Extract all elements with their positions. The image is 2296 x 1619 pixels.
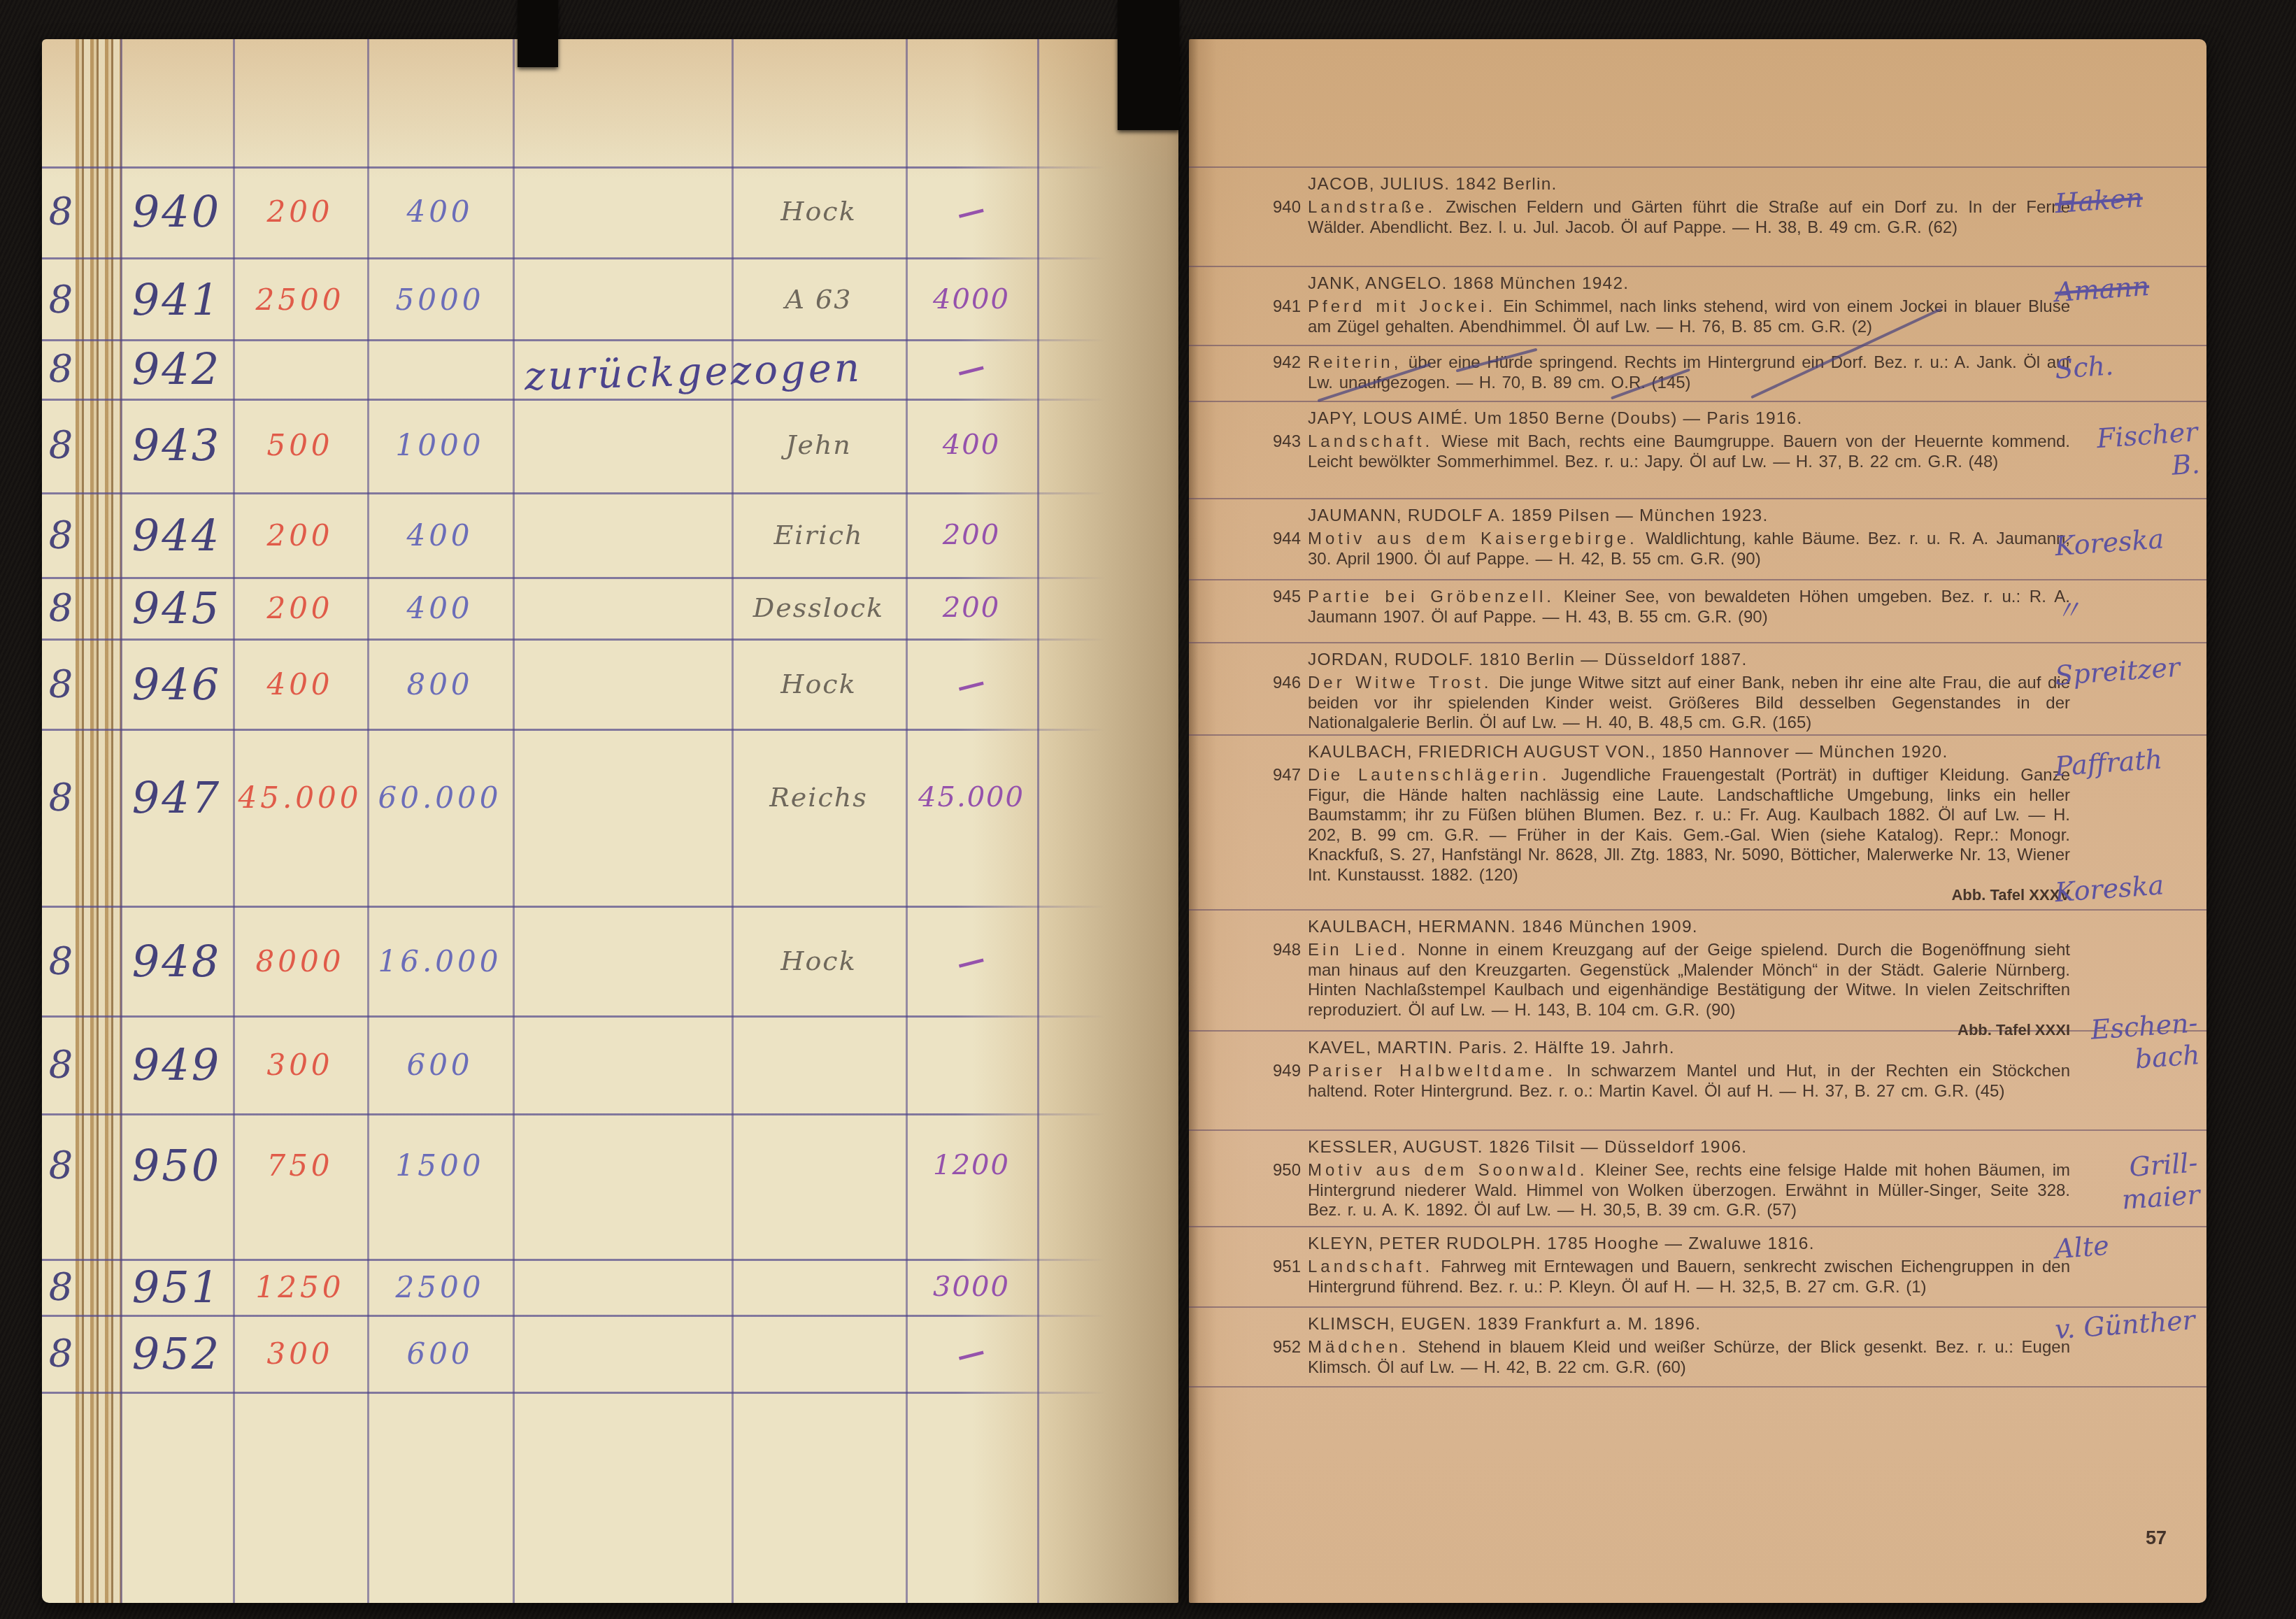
result-dash: — — [953, 192, 990, 231]
entry-description: 945Partie bei Gröbenzell. Kleiner See, v… — [1308, 587, 2070, 627]
row-estimate-price: 1500 — [367, 1148, 513, 1183]
entry-lot-number: 940 — [1267, 198, 1301, 218]
row-margin-digit: 8 — [45, 1043, 77, 1087]
entry-lot-number: 944 — [1267, 529, 1301, 550]
withdrawn-note: zurückgezogen — [524, 345, 863, 400]
entry-description: 946Der Witwe Trost. Die junge Witwe sitz… — [1308, 673, 2070, 734]
row-buyer-name: Hock — [732, 196, 906, 227]
result-dash: — — [953, 664, 990, 704]
entry-description: 942Reiterin, über eine Hürde springend. … — [1308, 353, 2070, 393]
entry-title: Reiterin, — [1308, 353, 1402, 372]
ledger-rule-horizontal — [42, 339, 1105, 341]
entry-description: 943Landschaft. Wiese mit Bach, rechts ei… — [1308, 432, 2070, 472]
row-lot-number: 947 — [120, 772, 233, 823]
artist-name: JORDAN, RUDOLF. 1810 Berlin — Düsseldorf… — [1308, 650, 2070, 670]
row-result-price: — — [906, 352, 1037, 385]
entry-lot-number: 942 — [1267, 353, 1301, 373]
ledger-rule-horizontal — [42, 577, 1105, 579]
ledger-rule-horizontal — [42, 492, 1105, 494]
ledger-rule-horizontal — [42, 639, 1105, 641]
ledger-rule-horizontal — [42, 1113, 1105, 1115]
entry-lot-number: 950 — [1267, 1161, 1301, 1181]
entry-description: 944Motiv aus dem Kaisergebirge. Waldlich… — [1308, 529, 2070, 569]
entry-separator-line — [1189, 166, 2206, 168]
margin-annotation: Eschen- bach — [2053, 1006, 2208, 1081]
artist-name: KAULBACH, HERMANN. 1846 München 1909. — [1308, 918, 2070, 937]
entry-title: Der Witwe Trost. — [1308, 673, 1492, 692]
entry-title: Mädchen. — [1308, 1338, 1409, 1357]
row-result-price: 45.000 — [906, 781, 1037, 813]
entry-title: Pariser Halbweltdame. — [1308, 1062, 1556, 1080]
row-limit-price: 2500 — [233, 283, 367, 317]
row-result-price: 400 — [906, 429, 1037, 461]
row-estimate-price: 16.000 — [367, 944, 513, 978]
entry-body: über eine Hürde springend. Rechts im Hin… — [1308, 353, 2070, 392]
row-margin-digit: 8 — [45, 190, 77, 234]
artist-name: JAPY, LOUS AIMÉ. Um 1850 Berne (Doubs) —… — [1308, 409, 2070, 429]
ledger-rule-horizontal — [42, 399, 1105, 401]
entry-lot-number: 951 — [1267, 1257, 1301, 1278]
entry-lot-number: 946 — [1267, 673, 1301, 694]
row-margin-digit: 8 — [45, 939, 77, 983]
row-margin-digit: 8 — [45, 586, 77, 630]
entry-title: Landschaft. — [1308, 1257, 1433, 1276]
margin-annotation: Koreska — [2054, 866, 2200, 908]
row-lot-number: 946 — [120, 659, 233, 710]
result-dash: — — [953, 941, 990, 980]
entry-separator-line — [1189, 909, 2206, 911]
entry-title: Landschaft. — [1308, 432, 1433, 451]
row-lot-number: 945 — [120, 583, 233, 634]
row-limit-price: 1250 — [233, 1270, 367, 1304]
entry-title: Die Lautenschlägerin. — [1308, 766, 1550, 785]
catalog-entry: JORDAN, RUDOLF. 1810 Berlin — Düsseldorf… — [1308, 650, 2070, 734]
catalog-entry: JAUMANN, RUDOLF A. 1859 Pilsen — München… — [1308, 506, 2070, 569]
row-estimate-price: 400 — [367, 518, 513, 552]
row-buyer-name: Eirich — [732, 520, 906, 550]
catalog-entry: 945Partie bei Gröbenzell. Kleiner See, v… — [1308, 587, 2070, 627]
row-lot-number: 943 — [120, 420, 233, 471]
artist-name: JACOB, JULIUS. 1842 Berlin. — [1308, 175, 2070, 194]
row-estimate-price: 5000 — [367, 283, 513, 317]
artist-name: JAUMANN, RUDOLF A. 1859 Pilsen — München… — [1308, 506, 2070, 526]
entry-separator-line — [1189, 1386, 2206, 1388]
row-lot-number: 944 — [120, 510, 233, 561]
entry-separator-line — [1189, 579, 2206, 580]
entry-description: 952Mädchen. Stehend in blauem Kleid und … — [1308, 1338, 2070, 1378]
entry-lot-number: 943 — [1267, 432, 1301, 452]
plate-reference: Abb. Tafel XXXV — [1308, 886, 2070, 904]
entry-lot-number: 941 — [1267, 297, 1301, 318]
entry-title: Ein Lied. — [1308, 941, 1409, 960]
row-result-price: 200 — [906, 592, 1037, 624]
row-estimate-price: 2500 — [367, 1270, 513, 1304]
page-edge-stack — [76, 39, 122, 1603]
ledger-rule-vertical — [513, 39, 515, 1603]
catalog-page: 57 JACOB, JULIUS. 1842 Berlin.940Landstr… — [1189, 39, 2206, 1603]
entry-title: Motiv aus dem Soonwald. — [1308, 1161, 1588, 1180]
entry-description: 947Die Lautenschlägerin. Jugendliche Fra… — [1308, 766, 2070, 885]
row-limit-price: 200 — [233, 518, 367, 552]
row-estimate-price: 1000 — [367, 428, 513, 462]
ledger-rule-horizontal — [42, 729, 1105, 731]
row-limit-price: 300 — [233, 1336, 367, 1371]
ledger-rule-horizontal — [42, 1315, 1105, 1317]
row-limit-price: 500 — [233, 428, 367, 462]
artist-name: KESSLER, AUGUST. 1826 Tilsit — Düsseldor… — [1308, 1138, 2070, 1157]
margin-annotation: Sch. — [2054, 343, 2200, 385]
row-margin-digit: 8 — [45, 1332, 77, 1376]
row-lot-number: 951 — [120, 1262, 233, 1313]
row-limit-price: 45.000 — [233, 780, 367, 815]
row-estimate-price: 600 — [367, 1336, 513, 1371]
margin-annotation: Fischer B. — [2053, 415, 2208, 490]
entry-title: Motiv aus dem Kaisergebirge. — [1308, 529, 1638, 548]
row-estimate-price: 400 — [367, 194, 513, 229]
row-margin-digit: 8 — [45, 278, 77, 322]
ledger-rule-vertical — [1037, 39, 1039, 1603]
entry-description: 941Pferd mit Jockei. Ein Schimmel, nach … — [1308, 297, 2070, 337]
margin-annotation: Amann — [2054, 266, 2200, 308]
entry-separator-line — [1189, 1226, 2206, 1227]
ledger-rule-horizontal — [42, 1015, 1105, 1018]
artist-name: JANK, ANGELO. 1868 München 1942. — [1308, 274, 2070, 294]
row-margin-digit: 8 — [45, 513, 77, 557]
catalog-entry: KAULBACH, HERMANN. 1846 München 1909.948… — [1308, 918, 2070, 1039]
entry-title: Pferd mit Jockei. — [1308, 297, 1496, 316]
margin-annotation: 〃 — [2054, 585, 2200, 627]
ledger-rule-horizontal — [42, 1392, 1105, 1394]
row-buyer-name: Reichs — [732, 782, 906, 813]
entry-title: Landstraße. — [1308, 198, 1436, 217]
row-limit-price: 8000 — [233, 944, 367, 978]
row-margin-digit: 8 — [45, 1143, 77, 1187]
margin-annotation: Alte — [2054, 1223, 2200, 1265]
row-lot-number: 940 — [120, 186, 233, 237]
entry-description: 949Pariser Halbweltdame. In schwarzem Ma… — [1308, 1062, 2070, 1101]
result-dash: — — [953, 349, 990, 388]
row-result-price: — — [906, 195, 1037, 228]
entry-separator-line — [1189, 345, 2206, 346]
entry-description: 948Ein Lied. Nonne in einem Kreuzgang au… — [1308, 941, 2070, 1020]
row-lot-number: 950 — [120, 1140, 233, 1191]
catalog-entry: KESSLER, AUGUST. 1826 Tilsit — Düsseldor… — [1308, 1138, 2070, 1221]
row-margin-digit: 8 — [45, 1265, 77, 1309]
row-limit-price: 200 — [233, 591, 367, 625]
catalog-entry: KLEYN, PETER RUDOLPH. 1785 Hooghe — Zwal… — [1308, 1234, 2070, 1297]
entry-description: 940Landstraße. Zwischen Feldern und Gärt… — [1308, 198, 2070, 238]
plate-reference: Abb. Tafel XXXI — [1308, 1021, 2070, 1039]
page-number: 57 — [2146, 1527, 2167, 1549]
row-lot-number: 942 — [120, 343, 233, 394]
entry-separator-line — [1189, 1306, 2206, 1308]
entry-title: Partie bei Gröbenzell. — [1308, 587, 1555, 606]
row-estimate-price: 400 — [367, 591, 513, 625]
row-margin-digit: 8 — [45, 662, 77, 706]
entry-separator-line — [1189, 642, 2206, 643]
row-limit-price: 200 — [233, 194, 367, 229]
row-result-price: 1200 — [906, 1149, 1037, 1181]
ledger-rule-horizontal — [42, 166, 1105, 169]
artist-name: KLIMSCH, EUGEN. 1839 Frankfurt a. M. 189… — [1308, 1315, 2070, 1334]
row-buyer-name: Hock — [732, 669, 906, 699]
row-lot-number: 948 — [120, 936, 233, 987]
row-result-price: 200 — [906, 519, 1037, 551]
entry-separator-line — [1189, 734, 2206, 736]
row-limit-price: 750 — [233, 1148, 367, 1183]
row-estimate-price: 600 — [367, 1048, 513, 1082]
row-limit-price: 300 — [233, 1048, 367, 1082]
row-result-price: — — [906, 945, 1037, 978]
entry-lot-number: 947 — [1267, 766, 1301, 786]
row-buyer-name: A 63 — [732, 284, 906, 315]
entry-separator-line — [1189, 1129, 2206, 1131]
row-lot-number: 949 — [120, 1039, 233, 1090]
row-margin-digit: 8 — [45, 347, 77, 391]
catalog-entry: JANK, ANGELO. 1868 München 1942.941Pferd… — [1308, 274, 2070, 337]
row-result-price: 4000 — [906, 283, 1037, 315]
ledger-rule-vertical — [732, 39, 734, 1603]
catalog-entry: KAVEL, MARTIN. Paris. 2. Hälfte 19. Jahr… — [1308, 1039, 2070, 1101]
row-buyer-name: Desslock — [732, 592, 906, 623]
catalog-entry: KAULBACH, FRIEDRICH AUGUST VON., 1850 Ha… — [1308, 743, 2070, 904]
entry-separator-line — [1189, 498, 2206, 499]
row-result-price: — — [906, 1337, 1037, 1370]
result-dash: — — [953, 1334, 990, 1373]
entry-description: 951Landschaft. Fahrweg mit Erntewagen un… — [1308, 1257, 2070, 1297]
margin-annotation: Spreitzer — [2054, 650, 2200, 692]
entry-lot-number: 945 — [1267, 587, 1301, 608]
row-limit-price: 400 — [233, 667, 367, 701]
catalog-entry: JACOB, JULIUS. 1842 Berlin.940Landstraße… — [1308, 175, 2070, 238]
auction-ledger-book: 8940200400Hock—894125005000A 6340008942—… — [0, 0, 2296, 1619]
margin-annotation: Haken — [2054, 178, 2200, 220]
margin-annotation: Grill- maier — [2053, 1146, 2208, 1221]
row-buyer-name: Hock — [732, 946, 906, 976]
entry-separator-line — [1189, 266, 2206, 267]
ledger-rule-horizontal — [42, 906, 1105, 908]
artist-name: KAULBACH, FRIEDRICH AUGUST VON., 1850 Ha… — [1308, 743, 2070, 762]
catalog-entry: KLIMSCH, EUGEN. 1839 Frankfurt a. M. 189… — [1308, 1315, 2070, 1378]
entry-separator-line — [1189, 401, 2206, 402]
entry-lot-number: 952 — [1267, 1338, 1301, 1358]
catalog-entry: 942Reiterin, über eine Hürde springend. … — [1308, 353, 2070, 393]
margin-annotation: Paffrath — [2054, 741, 2200, 783]
bookmark-ribbon-spine — [1118, 0, 1179, 130]
bookmark-ribbon-left — [518, 0, 558, 67]
row-lot-number: 941 — [120, 274, 233, 325]
entry-lot-number: 948 — [1267, 941, 1301, 961]
entry-lot-number: 949 — [1267, 1062, 1301, 1082]
row-lot-number: 952 — [120, 1328, 233, 1379]
row-margin-digit: 8 — [45, 776, 77, 820]
row-estimate-price: 60.000 — [367, 780, 513, 815]
ledger-page: 8940200400Hock—894125005000A 6340008942—… — [42, 39, 1178, 1603]
entry-body: Stehend in blauem Kleid und weißer Schür… — [1308, 1338, 2070, 1377]
row-result-price: — — [906, 668, 1037, 701]
artist-name: KAVEL, MARTIN. Paris. 2. Hälfte 19. Jahr… — [1308, 1039, 2070, 1058]
row-estimate-price: 800 — [367, 667, 513, 701]
catalog-entry: JAPY, LOUS AIMÉ. Um 1850 Berne (Doubs) —… — [1308, 409, 2070, 472]
row-result-price: 3000 — [906, 1271, 1037, 1303]
entry-body: Nonne in einem Kreuzgang auf der Geige s… — [1308, 941, 2070, 1020]
artist-name: KLEYN, PETER RUDOLPH. 1785 Hooghe — Zwal… — [1308, 1234, 2070, 1254]
row-buyer-name: Jehn — [732, 429, 906, 460]
row-margin-digit: 8 — [45, 423, 77, 467]
margin-annotation: v. Günther — [2054, 1304, 2200, 1346]
margin-annotation: Koreska — [2054, 520, 2200, 562]
ledger-rule-horizontal — [42, 257, 1105, 259]
entry-description: 950Motiv aus dem Soonwald. Kleiner See, … — [1308, 1161, 2070, 1221]
